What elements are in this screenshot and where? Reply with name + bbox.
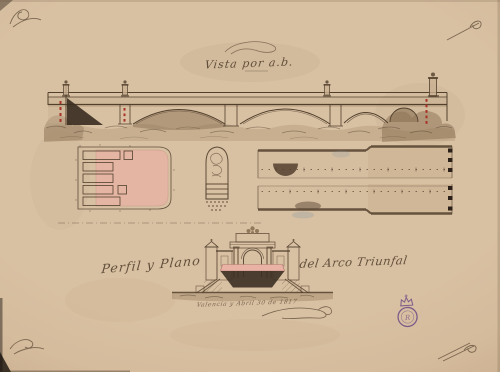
- stamp-monogram: R: [404, 314, 412, 322]
- parapet-lamp-mid-left: [121, 80, 129, 96]
- left-pylon: [206, 247, 217, 280]
- pier-core-squiggles: [211, 153, 223, 177]
- tick-marks-lower: [448, 186, 453, 211]
- wash-smudge: [295, 202, 321, 211]
- arch-ground: [172, 293, 333, 302]
- parapet-lamp-left: [62, 80, 70, 96]
- stamp-crown-icon: [400, 297, 413, 306]
- parapet-lamp-mid-right: [323, 80, 331, 96]
- rubric-flourish-bottom-left: [10, 340, 44, 354]
- right-pylon: [288, 247, 299, 280]
- academy-seal-stamp: R: [397, 294, 418, 327]
- drawing-sheet: R Vista por a.b. Perfil y Plano del Arco…: [0, 0, 500, 372]
- roadway-plan-view: [258, 146, 453, 219]
- tick-marks-upper: [448, 149, 453, 173]
- pink-roadway-surface: [221, 265, 285, 272]
- drawing-artwork: R: [0, 0, 500, 372]
- triumphal-arch-view: [172, 226, 333, 301]
- roadway-upper-strip: [258, 146, 453, 178]
- section-line-marks-pier: [124, 108, 126, 122]
- attic: [236, 234, 269, 243]
- abutment-plan-view: [75, 144, 174, 211]
- roadway-lower-strip: [258, 184, 453, 219]
- rubric-flourish-top-right: [447, 21, 481, 40]
- masonry-pink-fill: [96, 150, 168, 206]
- signature-flourish: [262, 307, 332, 319]
- deck-underside-shadow: [221, 271, 285, 288]
- pier-foundation-hatch: [206, 184, 228, 199]
- pier-pile-dots: [206, 201, 228, 211]
- pier-plan-view: [206, 147, 228, 211]
- rubric-flourish-top-left: [10, 10, 41, 27]
- arch-shaded: [133, 110, 225, 131]
- rubric-flourish-bottom-right: [438, 343, 476, 361]
- crowning-sculpture: [247, 226, 260, 234]
